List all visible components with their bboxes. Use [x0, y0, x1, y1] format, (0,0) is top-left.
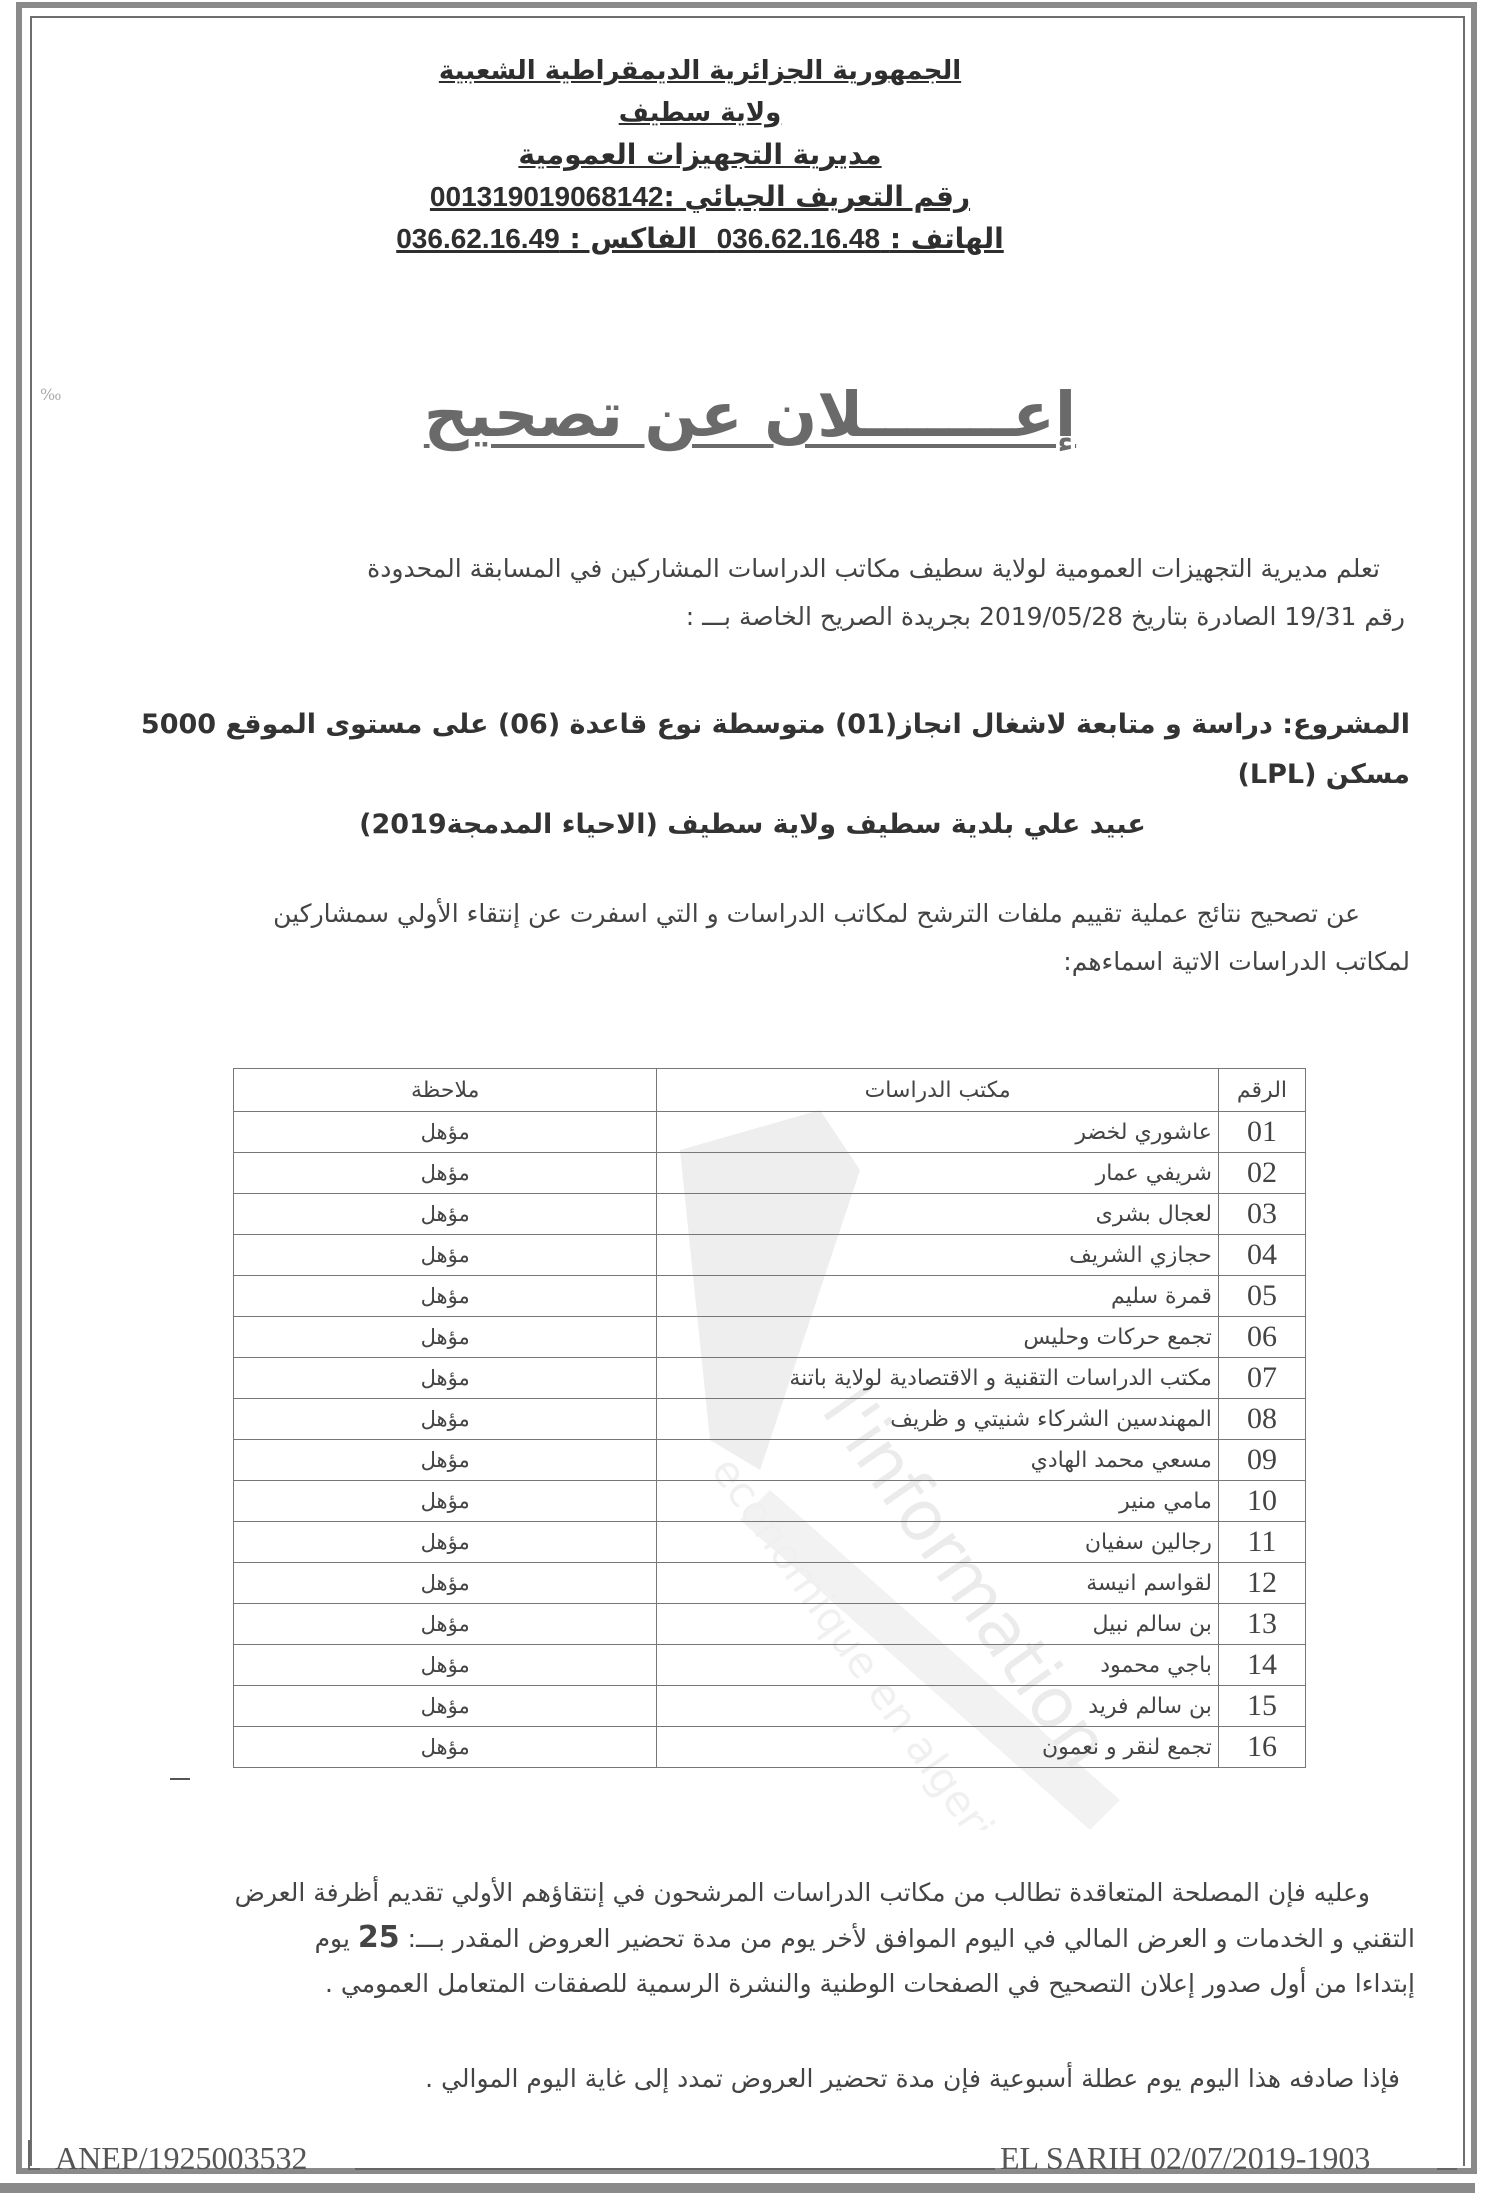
tax-id-label: رقم التعريف الجبائي :: [664, 180, 971, 213]
table-row: 12لقواسم انيسةمؤهل: [234, 1563, 1306, 1604]
row-note: مؤهل: [234, 1604, 657, 1645]
table-row: 05قمرة سليممؤهل: [234, 1276, 1306, 1317]
row-number: 04: [1218, 1235, 1305, 1276]
country-name: الجمهورية الجزائرية الديمقراطية الشعبية: [300, 50, 1100, 92]
closing-line-3: إبتداءا من أول صدور إعلان التصحيح في الص…: [70, 1961, 1415, 2006]
table-row: 07مكتب الدراسات التقنية و الاقتصادية لول…: [234, 1358, 1306, 1399]
holiday-note: فإذا صادفه هذا اليوم يوم عطلة أسبوعية فإ…: [160, 2055, 1400, 2103]
letterhead: الجمهورية الجزائرية الديمقراطية الشعبية …: [300, 50, 1100, 260]
table-body: 01عاشوري لخضرمؤهل02شريفي عمارمؤهل03لعجال…: [234, 1112, 1306, 1768]
row-number: 09: [1218, 1440, 1305, 1481]
margin-dash: [170, 1778, 190, 1780]
fax-label: الفاكس :: [569, 222, 697, 255]
phone-value: 036.62.16.48: [717, 223, 881, 254]
table-row: 11رجالين سفيانمؤهل: [234, 1522, 1306, 1563]
footer-anep-reference: ANEP/1925003532: [55, 2140, 307, 2177]
table-row: 14باجي محمودمؤهل: [234, 1645, 1306, 1686]
row-office-name: مكتب الدراسات التقنية و الاقتصادية لولاي…: [657, 1358, 1219, 1399]
row-office-name: بن سالم نبيل: [657, 1604, 1219, 1645]
row-office-name: لعجال بشرى: [657, 1194, 1219, 1235]
row-note: مؤهل: [234, 1522, 657, 1563]
project-line-1: المشروع: دراسة و متابعة لاشغال انجاز(01)…: [95, 700, 1410, 800]
row-note: مؤهل: [234, 1645, 657, 1686]
row-note: مؤهل: [234, 1686, 657, 1727]
row-number: 15: [1218, 1686, 1305, 1727]
row-number: 03: [1218, 1194, 1305, 1235]
row-note: مؤهل: [234, 1317, 657, 1358]
row-note: مؤهل: [234, 1194, 657, 1235]
table-row: 13بن سالم نبيلمؤهل: [234, 1604, 1306, 1645]
contact-line: الهاتف : 036.62.16.48 الفاكس : 036.62.16…: [300, 218, 1100, 260]
row-office-name: بن سالم فريد: [657, 1686, 1219, 1727]
closing-line-2: التقني و الخدمات و العرض المالي في اليوم…: [70, 1915, 1415, 1961]
row-number: 13: [1218, 1604, 1305, 1645]
table-row: 08المهندسين الشركاء شنيتي و ظريفمؤهل: [234, 1399, 1306, 1440]
row-number: 07: [1218, 1358, 1305, 1399]
row-office-name: المهندسين الشركاء شنيتي و ظريف: [657, 1399, 1219, 1440]
project-line-2: عبيد علي بلدية سطيف ولاية سطيف (الاحياء …: [95, 800, 1410, 850]
row-note: مؤهل: [234, 1235, 657, 1276]
row-office-name: شريفي عمار: [657, 1153, 1219, 1194]
header-note: ملاحظة: [234, 1069, 657, 1112]
intro-line-2: رقم 19/31 الصادرة بتاريخ 2019/05/28 بجري…: [195, 593, 1405, 641]
row-note: مؤهل: [234, 1276, 657, 1317]
table-row: 09مسعي محمد الهاديمؤهل: [234, 1440, 1306, 1481]
row-office-name: تجمع حركات وحليس: [657, 1317, 1219, 1358]
correction-line-1: عن تصحيح نتائج عملية تقييم ملفات الترشح …: [140, 890, 1410, 938]
row-note: مؤهل: [234, 1727, 657, 1768]
intro-line-1: تعلم مديرية التجهيزات العمومية لولاية سط…: [195, 545, 1405, 593]
table-row: 16تجمع لنقر و نعمونمؤهل: [234, 1727, 1306, 1768]
row-office-name: مامي منير: [657, 1481, 1219, 1522]
footer-newspaper-reference: EL SARIH 02/07/2019-1903: [1000, 2140, 1370, 2177]
results-table: الرقم مكتب الدراسات ملاحظة 01عاشوري لخضر…: [233, 1068, 1306, 1768]
row-note: مؤهل: [234, 1481, 657, 1522]
row-number: 08: [1218, 1399, 1305, 1440]
header-number: الرقم: [1218, 1069, 1305, 1112]
table-row: 10مامي منيرمؤهل: [234, 1481, 1306, 1522]
wilaya-name: ولاية سطيف: [300, 92, 1100, 134]
row-office-name: لقواسم انيسة: [657, 1563, 1219, 1604]
row-note: مؤهل: [234, 1358, 657, 1399]
table-row: 15بن سالم فريدمؤهل: [234, 1686, 1306, 1727]
row-number: 12: [1218, 1563, 1305, 1604]
table-row: 03لعجال بشرىمؤهل: [234, 1194, 1306, 1235]
row-office-name: تجمع لنقر و نعمون: [657, 1727, 1219, 1768]
closing-line-1: وعليه فإن المصلحة المتعاقدة تطالب من مكا…: [70, 1870, 1415, 1915]
row-note: مؤهل: [234, 1440, 657, 1481]
row-number: 14: [1218, 1645, 1305, 1686]
row-office-name: حجازي الشريف: [657, 1235, 1219, 1276]
closing-paragraph: وعليه فإن المصلحة المتعاقدة تطالب من مكا…: [70, 1870, 1415, 2006]
row-number: 01: [1218, 1112, 1305, 1153]
preparation-days: 25: [358, 1920, 400, 1955]
project-description: المشروع: دراسة و متابعة لاشغال انجاز(01)…: [95, 700, 1410, 850]
row-note: مؤهل: [234, 1112, 657, 1153]
row-number: 16: [1218, 1727, 1305, 1768]
footer-corner: [28, 2140, 40, 2170]
table-row: 06تجمع حركات وحليسمؤهل: [234, 1317, 1306, 1358]
notice-title: إعـــــــلان عن تصحيح: [400, 378, 1100, 451]
fax-value: 036.62.16.49: [396, 223, 560, 254]
intro-paragraph: تعلم مديرية التجهيزات العمومية لولاية سط…: [195, 545, 1405, 641]
row-office-name: باجي محمود: [657, 1645, 1219, 1686]
table-row: 01عاشوري لخضرمؤهل: [234, 1112, 1306, 1153]
table-row: 04حجازي الشريفمؤهل: [234, 1235, 1306, 1276]
days-unit: يوم: [315, 1924, 350, 1953]
footer-rule: [355, 2168, 995, 2170]
tax-id-line: رقم التعريف الجبائي :001319019068142: [300, 176, 1100, 218]
tax-id-value: 001319019068142: [430, 181, 664, 212]
row-note: مؤهل: [234, 1153, 657, 1194]
footer-rule-end: [1437, 2168, 1457, 2170]
header-office: مكتب الدراسات: [657, 1069, 1219, 1112]
row-number: 05: [1218, 1276, 1305, 1317]
row-number: 11: [1218, 1522, 1305, 1563]
row-number: 10: [1218, 1481, 1305, 1522]
correction-paragraph: عن تصحيح نتائج عملية تقييم ملفات الترشح …: [140, 890, 1410, 986]
row-number: 06: [1218, 1317, 1305, 1358]
row-note: مؤهل: [234, 1399, 657, 1440]
correction-line-2: لمكاتب الدراسات الاتية اسماءهم:: [140, 938, 1410, 986]
row-office-name: مسعي محمد الهادي: [657, 1440, 1219, 1481]
closing-line-2-text: التقني و الخدمات و العرض المالي في اليوم…: [408, 1924, 1415, 1953]
row-note: مؤهل: [234, 1563, 657, 1604]
page-bottom-bar: [0, 2183, 1475, 2193]
row-office-name: قمرة سليم: [657, 1276, 1219, 1317]
scan-mark: ‰: [40, 385, 61, 404]
row-office-name: رجالين سفيان: [657, 1522, 1219, 1563]
row-office-name: عاشوري لخضر: [657, 1112, 1219, 1153]
table-header-row: الرقم مكتب الدراسات ملاحظة: [234, 1069, 1306, 1112]
row-number: 02: [1218, 1153, 1305, 1194]
directorate-name: مديرية التجهيزات العمومية: [300, 134, 1100, 176]
phone-label: الهاتف :: [890, 222, 1004, 255]
table-row: 02شريفي عمارمؤهل: [234, 1153, 1306, 1194]
